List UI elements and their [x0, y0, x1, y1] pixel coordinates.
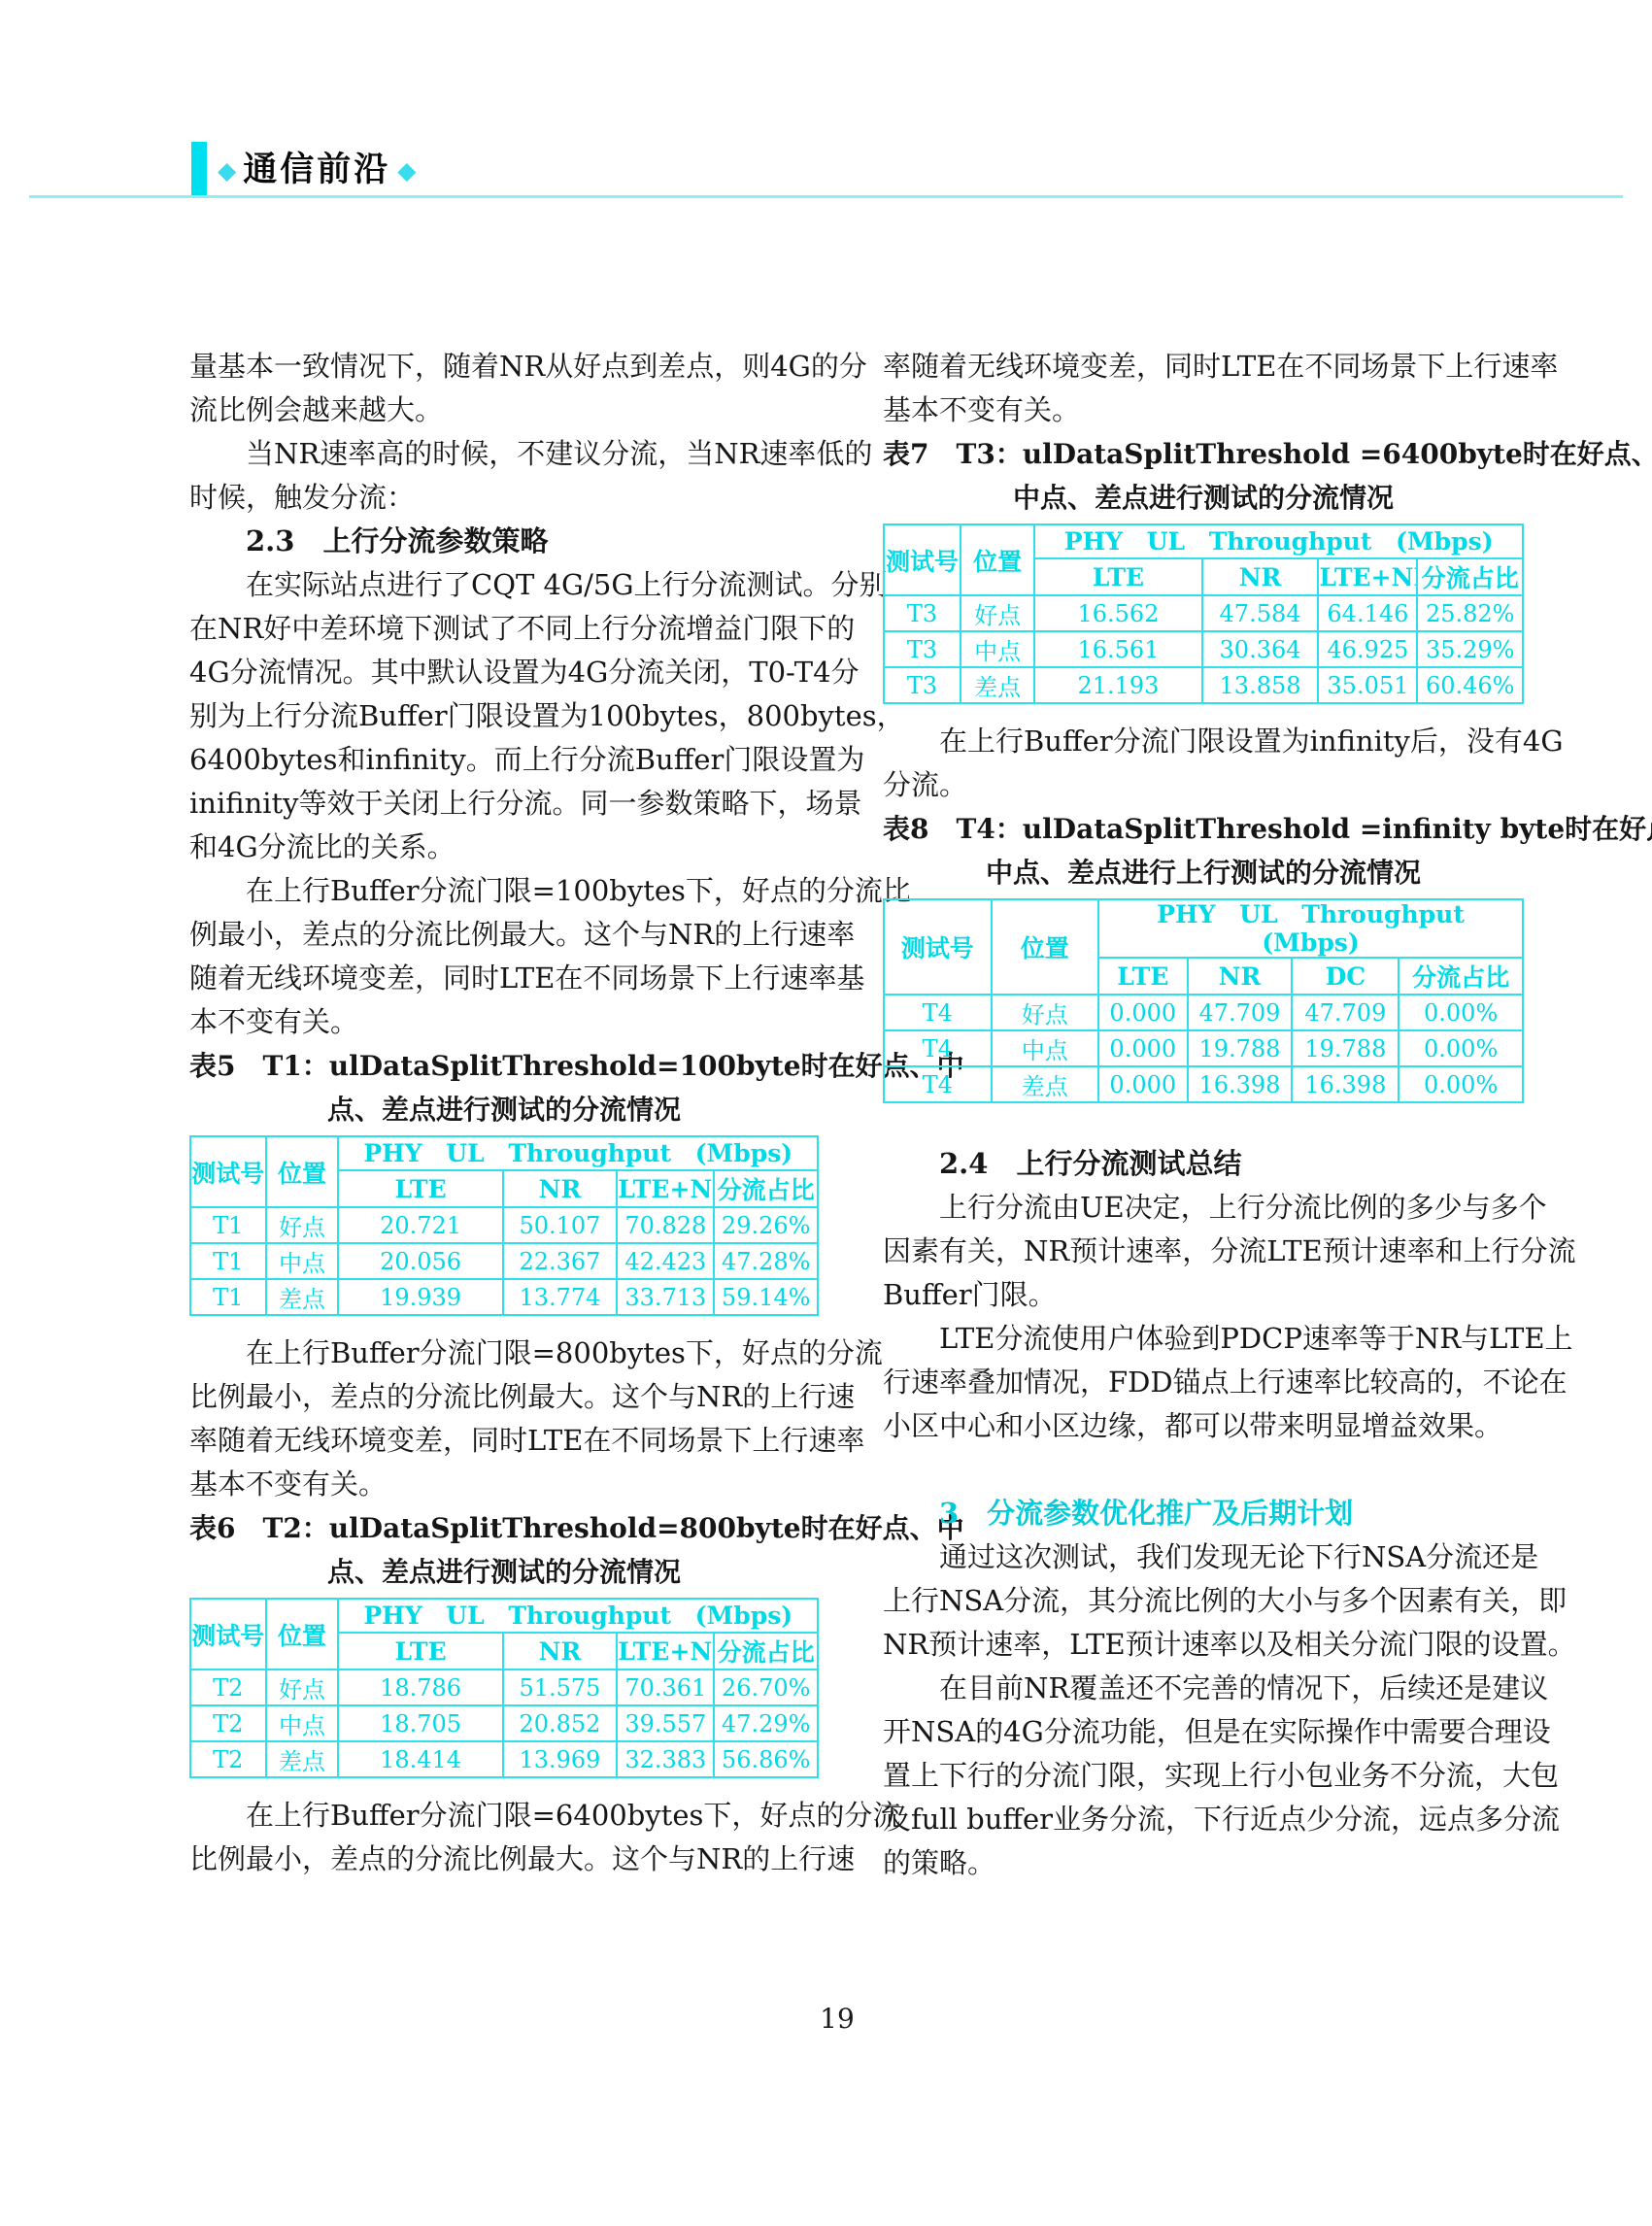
table-cell: 22.367	[503, 1243, 618, 1279]
text-line: 6400bytes和infinity。而上行分流Buffer门限设置为	[189, 738, 819, 782]
table-5: 测试号位置PHY UL Throughput (Mbps)LTENRLTE+NR…	[189, 1135, 819, 1316]
table-cell: 19.788	[1292, 1030, 1399, 1066]
table-cell: 30.364	[1202, 631, 1319, 667]
table-cell: 差点	[992, 1066, 1099, 1102]
text-line: 开NSA的4G分流功能，但是在实际操作中需要合理设	[883, 1710, 1524, 1754]
table-sub-header: NR	[503, 1633, 618, 1669]
left-column: 量基本一致情况下，随着NR从好点到差点，则4G的分流比例会越来越大。当NR速率高…	[189, 345, 819, 1881]
text-line: 及full buffer业务分流，下行近点少分流，远点多分流	[883, 1798, 1524, 1841]
table-sub-header: DC	[1292, 958, 1399, 995]
text-line: Buffer门限。	[883, 1273, 1524, 1317]
header-rule	[29, 195, 1623, 198]
table-cell: T4	[884, 1030, 992, 1066]
table-cell: 差点	[266, 1279, 339, 1315]
table-span-header: PHY UL Throughput (Mbps)	[338, 1136, 818, 1170]
table-cell: 20.852	[503, 1705, 618, 1741]
table-cell: 21.193	[1034, 667, 1201, 703]
table-row: T2差点18.41413.96932.38356.86%	[190, 1741, 818, 1777]
table-cell: 50.107	[503, 1207, 618, 1243]
table-cell: 0.00%	[1399, 995, 1523, 1030]
table-sub-header: LTE+NR	[617, 1633, 714, 1669]
table-cell: 16.398	[1188, 1066, 1293, 1102]
text-line: 因素有关，NR预计速率，分流LTE预计速率和上行分流	[883, 1230, 1524, 1273]
table-sub-header: LTE	[338, 1170, 502, 1207]
table-cell: 60.46%	[1417, 667, 1523, 703]
table-cell: 70.361	[617, 1669, 714, 1705]
diamond-icon: ◆	[218, 158, 236, 183]
table-caption-line: 表8 T4：ulDataSplitThreshold =infinity byt…	[883, 807, 1524, 851]
table-cell: 好点	[992, 995, 1099, 1030]
table-cell: 差点	[961, 667, 1034, 703]
table-column-header: 测试号	[884, 899, 992, 995]
table-row: T3中点16.56130.36446.92535.29%	[884, 631, 1523, 667]
text-line: 当NR速率高的时候，不建议分流，当NR速率低的	[189, 432, 819, 476]
table-cell: 16.398	[1292, 1066, 1399, 1102]
table-cell: 16.562	[1034, 595, 1201, 631]
table-column-header: 位置	[961, 524, 1034, 595]
text-line: 流比例会越来越大。	[189, 388, 819, 432]
table-column-header: 测试号	[190, 1136, 266, 1207]
table-cell: 中点	[992, 1030, 1099, 1066]
text-line: 和4G分流比的关系。	[189, 826, 819, 869]
table-cell: 33.713	[617, 1279, 714, 1315]
table-sub-header: 分流占比	[714, 1170, 818, 1207]
text-line: NR预计速率，LTE预计速率以及相关分流门限的设置。	[883, 1623, 1524, 1667]
table-sub-header: 分流占比	[714, 1633, 818, 1669]
text-line: 在上行Buffer分流门限=100bytes下，好点的分流比	[189, 869, 819, 913]
table-cell: 20.056	[338, 1243, 502, 1279]
table-caption: 表7 T3：ulDataSplitThreshold =6400byte时在好点…	[883, 432, 1524, 520]
text-line: LTE分流使用户体验到PDCP速率等于NR与LTE上	[883, 1317, 1524, 1361]
section-banner: ◆ 通信前沿 ◆	[218, 146, 416, 194]
table-cell: T3	[884, 631, 961, 667]
table-sub-header: LTE	[1098, 958, 1187, 995]
table-caption-line: 点、差点进行测试的分流情况	[189, 1088, 819, 1131]
table-cell: 中点	[961, 631, 1034, 667]
text-line: 分流。	[883, 763, 1524, 807]
text-line: 在上行Buffer分流门限=800bytes下，好点的分流	[189, 1332, 819, 1375]
table-cell: T2	[190, 1705, 266, 1741]
table-cell: 20.721	[338, 1207, 502, 1243]
table-cell: 0.000	[1098, 1066, 1187, 1102]
text-line: 4G分流情况。其中默认设置为4G分流关闭，T0-T4分	[189, 651, 819, 694]
table-7: 测试号位置PHY UL Throughput (Mbps)LTENRLTE+NR…	[883, 523, 1524, 704]
table-sub-header: NR	[503, 1170, 618, 1207]
text-line: 上行NSA分流，其分流比例的大小与多个因素有关，即	[883, 1579, 1524, 1623]
text-line: 的策略。	[883, 1841, 1524, 1885]
table-sub-header: LTE	[338, 1633, 502, 1669]
table-column-header: 位置	[266, 1136, 339, 1207]
table-cell: 16.561	[1034, 631, 1201, 667]
table-cell: 35.051	[1318, 667, 1417, 703]
table-cell: 39.557	[617, 1705, 714, 1741]
text-line: 在NR好中差环境下测试了不同上行分流增益门限下的	[189, 607, 819, 651]
page-number: 19	[798, 2003, 876, 2035]
text-line: 在目前NR覆盖还不完善的情况下，后续还是建议	[883, 1667, 1524, 1710]
table-row: T3好点16.56247.58464.14625.82%	[884, 595, 1523, 631]
table-cell: 13.774	[503, 1279, 618, 1315]
table-sub-header: LTE+NR	[1318, 558, 1417, 595]
table-cell: 56.86%	[714, 1741, 818, 1777]
table-row: T1差点19.93913.77433.71359.14%	[190, 1279, 818, 1315]
table-cell: T1	[190, 1243, 266, 1279]
table-cell: 18.705	[338, 1705, 502, 1741]
table-cell: 29.26%	[714, 1207, 818, 1243]
text-line: 率随着无线环境变差，同时LTE在不同场景下上行速率	[883, 345, 1524, 388]
table-cell: 18.786	[338, 1669, 502, 1705]
table-row: T4好点0.00047.70947.7090.00%	[884, 995, 1523, 1030]
text-line: 在上行Buffer分流门限设置为infinity后，没有4G	[883, 720, 1524, 763]
table-cell: 13.858	[1202, 667, 1319, 703]
table-cell: 47.29%	[714, 1705, 818, 1741]
table-sub-header: NR	[1188, 958, 1293, 995]
text-line: 例最小，差点的分流比例最大。这个与NR的上行速率	[189, 913, 819, 957]
table-cell: 32.383	[617, 1741, 714, 1777]
text-line: 本不变有关。	[189, 1000, 819, 1044]
right-column: 率随着无线环境变差，同时LTE在不同场景下上行速率基本不变有关。表7 T3：ul…	[883, 345, 1524, 1885]
table-cell: 64.146	[1318, 595, 1417, 631]
table-cell: 51.575	[503, 1669, 618, 1705]
table-cell: 59.14%	[714, 1279, 818, 1315]
table-cell: 42.423	[617, 1243, 714, 1279]
table-cell: 26.70%	[714, 1669, 818, 1705]
table-caption-line: 表7 T3：ulDataSplitThreshold =6400byte时在好点…	[883, 432, 1524, 476]
table-cell: 0.00%	[1399, 1066, 1523, 1102]
table-cell: 47.709	[1292, 995, 1399, 1030]
text-line: 量基本一致情况下，随着NR从好点到差点，则4G的分	[189, 345, 819, 388]
text-line: 在实际站点进行了CQT 4G/5G上行分流测试。分别	[189, 563, 819, 607]
section-heading: 2.3 上行分流参数策略	[189, 520, 819, 563]
text-line: 基本不变有关。	[189, 1463, 819, 1506]
table-cell: 47.28%	[714, 1243, 818, 1279]
text-line: 率随着无线环境变差，同时LTE在不同场景下上行速率	[189, 1419, 819, 1463]
table-cell: 0.00%	[1399, 1030, 1523, 1066]
table-8: 测试号位置PHY UL Throughput (Mbps)LTENRDC分流占比…	[883, 898, 1524, 1103]
table-cell: 13.969	[503, 1741, 618, 1777]
table-cell: T2	[190, 1741, 266, 1777]
table-sub-header: LTE+NR	[617, 1170, 714, 1207]
diamond-icon: ◆	[397, 158, 416, 183]
table-span-header: PHY UL Throughput (Mbps)	[338, 1599, 818, 1633]
table-cell: 19.939	[338, 1279, 502, 1315]
table-cell: 0.000	[1098, 1030, 1187, 1066]
text-line: 随着无线环境变差，同时LTE在不同场景下上行速率基	[189, 957, 819, 1000]
table-6: 测试号位置PHY UL Throughput (Mbps)LTENRLTE+NR…	[189, 1598, 819, 1778]
table-sub-header: 分流占比	[1417, 558, 1523, 595]
table-cell: T4	[884, 1066, 992, 1102]
text-line: 置上下行的分流门限，实现上行小包业务不分流，大包	[883, 1754, 1524, 1798]
table-cell: 0.000	[1098, 995, 1187, 1030]
text-line: 通过这次测试，我们发现无论下行NSA分流还是	[883, 1535, 1524, 1579]
table-caption: 表8 T4：ulDataSplitThreshold =infinity byt…	[883, 807, 1524, 894]
table-cell: 好点	[961, 595, 1034, 631]
text-line: 别为上行分流Buffer门限设置为100bytes，800bytes，	[189, 694, 819, 738]
text-line: 基本不变有关。	[883, 388, 1524, 432]
table-sub-header: LTE	[1034, 558, 1201, 595]
table-column-header: 位置	[992, 899, 1099, 995]
table-cell: T1	[190, 1279, 266, 1315]
table-cell: T2	[190, 1669, 266, 1705]
text-line: 行速率叠加情况，FDD锚点上行速率比较高的，不论在	[883, 1361, 1524, 1404]
table-cell: T4	[884, 995, 992, 1030]
text-line: inifinity等效于关闭上行分流。同一参数策略下，场景	[189, 782, 819, 826]
table-caption-line: 表5 T1：ulDataSplitThreshold=100byte时在好点、中	[189, 1044, 819, 1088]
table-caption-line: 中点、差点进行测试的分流情况	[883, 476, 1524, 520]
table-caption-line: 表6 T2：ulDataSplitThreshold=800byte时在好点、中	[189, 1506, 819, 1550]
table-cell: 18.414	[338, 1741, 502, 1777]
text-line: 比例最小，差点的分流比例最大。这个与NR的上行速	[189, 1838, 819, 1881]
table-cell: T3	[884, 595, 961, 631]
table-cell: 好点	[266, 1669, 339, 1705]
text-line: 小区中心和小区边缘，都可以带来明显增益效果。	[883, 1404, 1524, 1448]
table-cell: 35.29%	[1417, 631, 1523, 667]
text-line: 比例最小，差点的分流比例最大。这个与NR的上行速	[189, 1375, 819, 1419]
table-row: T4中点0.00019.78819.7880.00%	[884, 1030, 1523, 1066]
table-cell: 47.709	[1188, 995, 1293, 1030]
table-row: T1中点20.05622.36742.42347.28%	[190, 1243, 818, 1279]
table-row: T4差点0.00016.39816.3980.00%	[884, 1066, 1523, 1102]
table-sub-header: 分流占比	[1399, 958, 1523, 995]
table-span-header: PHY UL Throughput (Mbps)	[1034, 524, 1523, 558]
text-line: 时候，触发分流：	[189, 476, 819, 520]
section-heading: 2.4 上行分流测试总结	[883, 1142, 1524, 1186]
table-cell: T3	[884, 667, 961, 703]
table-cell: 19.788	[1188, 1030, 1293, 1066]
table-caption-line: 中点、差点进行上行测试的分流情况	[883, 851, 1524, 894]
table-column-header: 测试号	[190, 1599, 266, 1669]
table-caption-line: 点、差点进行测试的分流情况	[189, 1550, 819, 1594]
table-row: T1好点20.72150.10770.82829.26%	[190, 1207, 818, 1243]
table-cell: 差点	[266, 1741, 339, 1777]
table-column-header: 位置	[266, 1599, 339, 1669]
table-caption: 表6 T2：ulDataSplitThreshold=800byte时在好点、中…	[189, 1506, 819, 1594]
table-caption: 表5 T1：ulDataSplitThreshold=100byte时在好点、中…	[189, 1044, 819, 1131]
table-cell: 70.828	[617, 1207, 714, 1243]
journal-page: ◆ 通信前沿 ◆ 量基本一致情况下，随着NR从好点到差点，则4G的分流比例会越来…	[0, 0, 1652, 2226]
table-cell: 46.925	[1318, 631, 1417, 667]
table-row: T2中点18.70520.85239.55747.29%	[190, 1705, 818, 1741]
table-cell: 好点	[266, 1207, 339, 1243]
table-span-header: PHY UL Throughput (Mbps)	[1098, 899, 1523, 958]
header-accent-bar	[191, 142, 207, 197]
table-column-header: 测试号	[884, 524, 961, 595]
table-cell: 47.584	[1202, 595, 1319, 631]
table-row: T2好点18.78651.57570.36126.70%	[190, 1669, 818, 1705]
table-cell: 中点	[266, 1243, 339, 1279]
table-sub-header: NR	[1202, 558, 1319, 595]
table-cell: T1	[190, 1207, 266, 1243]
table-cell: 中点	[266, 1705, 339, 1741]
table-row: T3差点21.19313.85835.05160.46%	[884, 667, 1523, 703]
text-line: 上行分流由UE决定，上行分流比例的多少与多个	[883, 1186, 1524, 1230]
section-banner-title: 通信前沿	[243, 153, 390, 187]
text-line: 在上行Buffer分流门限=6400bytes下，好点的分流	[189, 1794, 819, 1838]
table-cell: 25.82%	[1417, 595, 1523, 631]
section-heading: 3 分流参数优化推广及后期计划	[883, 1492, 1524, 1535]
